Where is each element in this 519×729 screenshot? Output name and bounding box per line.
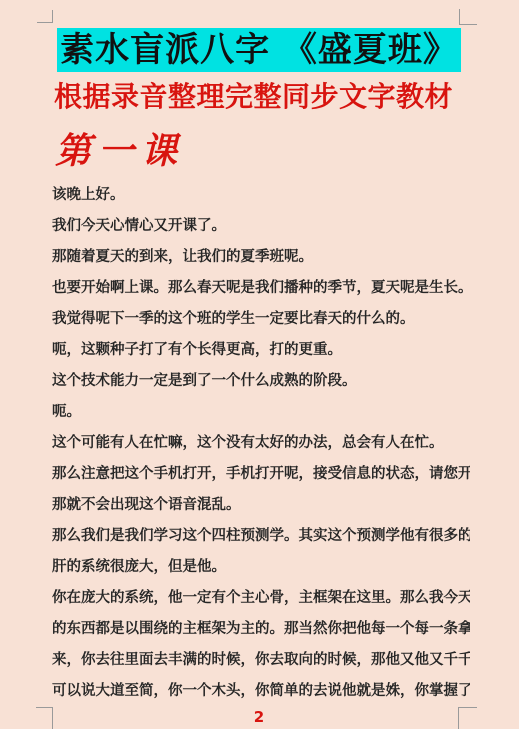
lesson-heading: 第一课 xyxy=(55,128,184,174)
body-text-line: 呃，这颗种子打了有个长得更高，打的更重。 xyxy=(52,335,470,366)
page-subtitle: 根据录音整理完整同步文字教材 xyxy=(54,80,466,114)
body-text-line: 也要开始啊上课。那么春天呢是我们播种的季节，夏天呢是生长。 xyxy=(52,273,470,304)
page-number: 2 xyxy=(240,708,278,729)
body-text-line: 肝的系统很庞大，但是他。 xyxy=(52,552,470,583)
body-text-line: 这个技术能力一定是到了一个什么成熟的阶段。 xyxy=(52,366,470,397)
corner-mark-top-left xyxy=(37,10,53,23)
body-text-line: 那随着夏天的到来，让我们的夏季班呢。 xyxy=(52,242,470,273)
body-text-line: 你在庞大的系统，他一定有个主心骨，主框架在这里。那么我今天讲 xyxy=(52,583,470,614)
body-text-line: 我觉得呢下一季的这个班的学生一定要比春天的什么的。 xyxy=(52,304,470,335)
corner-mark-bottom-right xyxy=(458,707,477,729)
body-text: 该晚上好。 我们今天心情心又开课了。 那随着夏天的到来，让我们的夏季班呢。 也要… xyxy=(52,180,470,707)
body-text-line: 该晚上好。 xyxy=(52,180,470,211)
document-page: 素水盲派八字 《盛夏班》 根据录音整理完整同步文字教材 第一课 该晚上好。 我们… xyxy=(0,0,519,729)
body-text-line: 呃。 xyxy=(52,397,470,428)
page-title: 素水盲派八字 《盛夏班》 xyxy=(57,28,461,72)
corner-mark-bottom-left xyxy=(36,707,53,729)
body-text-line: 那就不会出现这个语音混乱。 xyxy=(52,490,470,521)
body-text-line: 那么我们是我们学习这个四柱预测学。其实这个预测学他有很多的乙 xyxy=(52,521,470,552)
body-text-line: 可以说大道至简，你一个木头，你简单的去说他就是姝，你掌握了目 xyxy=(52,676,470,707)
body-text-line: 那么注意把这个手机打开，手机打开呢，接受信息的状态，请您开开， xyxy=(52,459,470,490)
corner-mark-top-right xyxy=(459,9,477,25)
body-text-line: 这个可能有人在忙嘛，这个没有太好的办法，总会有人在忙。 xyxy=(52,428,470,459)
body-text-line: 我们今天心情心又开课了。 xyxy=(52,211,470,242)
body-text-line: 的东西都是以围绕的主框架为主的。那当然你把他每一个每一条拿出 xyxy=(52,614,470,645)
body-text-line: 来，你去往里面去丰满的时候，你去取向的时候，那他又他又千千万。 xyxy=(52,645,470,676)
